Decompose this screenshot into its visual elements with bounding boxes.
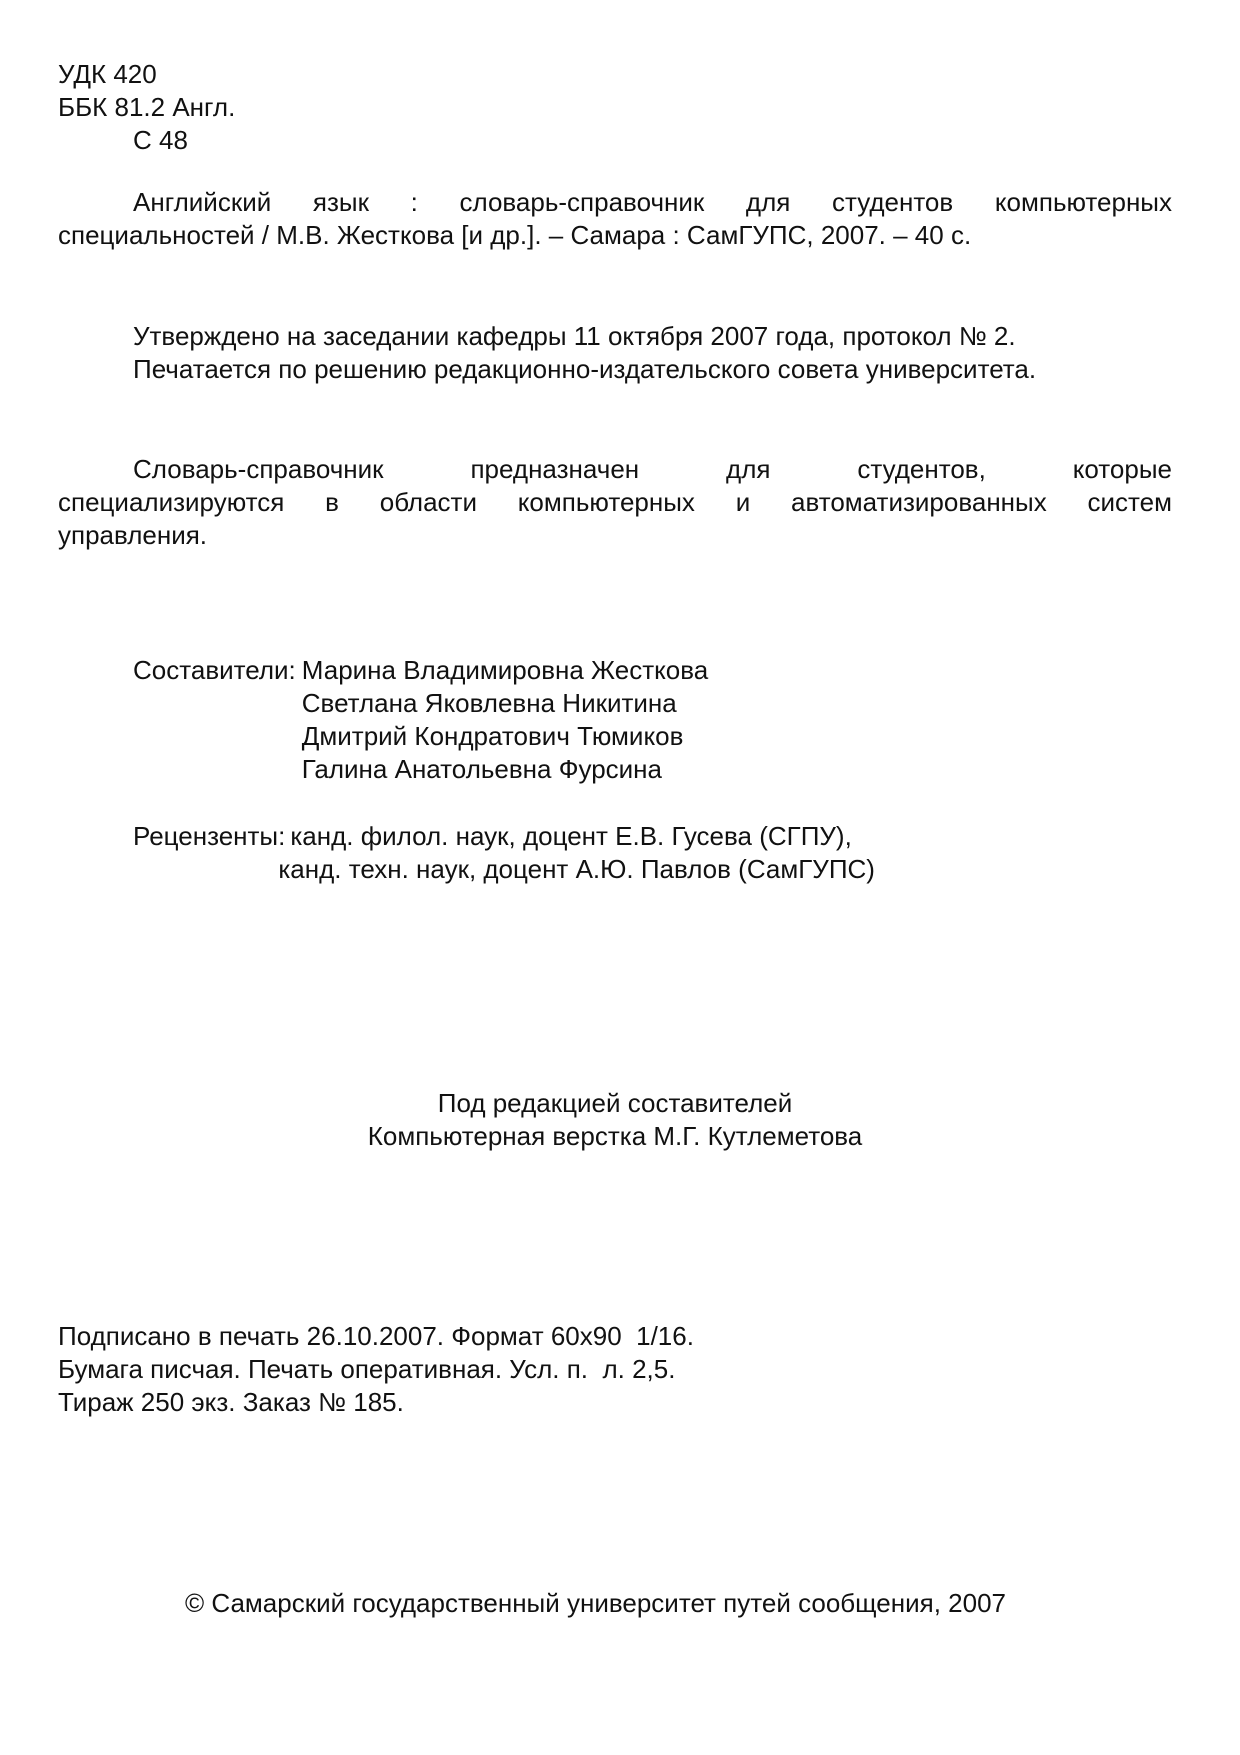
author-mark: С 48 (58, 124, 1172, 157)
reviewers-label: Рецензенты: (133, 820, 285, 886)
compilers-block: Составители: Марина Владимировна Жестков… (58, 654, 1172, 786)
annotation-line-1: Словарь-справочник предназначен для студ… (58, 453, 1172, 486)
compilers-label: Составители: (133, 654, 296, 786)
copyright-block: © Самарский государственный университет … (185, 1587, 1185, 1620)
classification-block: УДК 420 ББК 81.2 Англ. С 48 (58, 58, 1172, 157)
bibliographic-line-2: специальностей / М.В. Жесткова [и др.]. … (58, 219, 1172, 252)
annotation-line-2: специализируются в области компьютерных … (58, 486, 1172, 519)
reviewer-item: канд. техн. наук, доцент А.Ю. Павлов (Са… (278, 853, 875, 886)
compiler-name: Дмитрий Кондратович Тюмиков (302, 720, 708, 753)
compiler-name: Светлана Яковлевна Никитина (302, 687, 708, 720)
editorial-line-2: Компьютерная верстка М.Г. Кутлеметова (58, 1120, 1172, 1153)
approval-block: Утверждено на заседании кафедры 11 октяб… (58, 320, 1172, 386)
imprint-line-3: Тираж 250 экз. Заказ № 185. (58, 1386, 1172, 1419)
editorial-block: Под редакцией составителей Компьютерная … (58, 1087, 1172, 1153)
bibliographic-description: Английский язык : словарь-справочник для… (58, 186, 1172, 252)
reviewer-item: канд. филол. наук, доцент Е.В. Гусева (С… (290, 820, 875, 853)
imprint-line-1: Подписано в печать 26.10.2007. Формат 60… (58, 1320, 1172, 1353)
udk-code: УДК 420 (58, 58, 1172, 91)
bbk-code: ББК 81.2 Англ. (58, 91, 1172, 124)
reviewers-block: Рецензенты: канд. филол. наук, доцент Е.… (58, 820, 1172, 886)
imprint-block: Подписано в печать 26.10.2007. Формат 60… (58, 1320, 1172, 1419)
compiler-name: Марина Владимировна Жесткова (302, 654, 708, 687)
annotation-line-3: управления. (58, 519, 1172, 552)
copyright-notice: © Самарский государственный университет … (185, 1587, 1185, 1620)
bibliographic-line-1: Английский язык : словарь-справочник для… (58, 186, 1172, 219)
editorial-line-1: Под редакцией составителей (58, 1087, 1172, 1120)
imprint-line-2: Бумага писчая. Печать оперативная. Усл. … (58, 1353, 1172, 1386)
compiler-name: Галина Анатольевна Фурсина (302, 753, 708, 786)
approval-line-2: Печатается по решению редакционно-издате… (58, 353, 1172, 386)
annotation-block: Словарь-справочник предназначен для студ… (58, 453, 1172, 552)
approval-line-1: Утверждено на заседании кафедры 11 октяб… (58, 320, 1172, 353)
